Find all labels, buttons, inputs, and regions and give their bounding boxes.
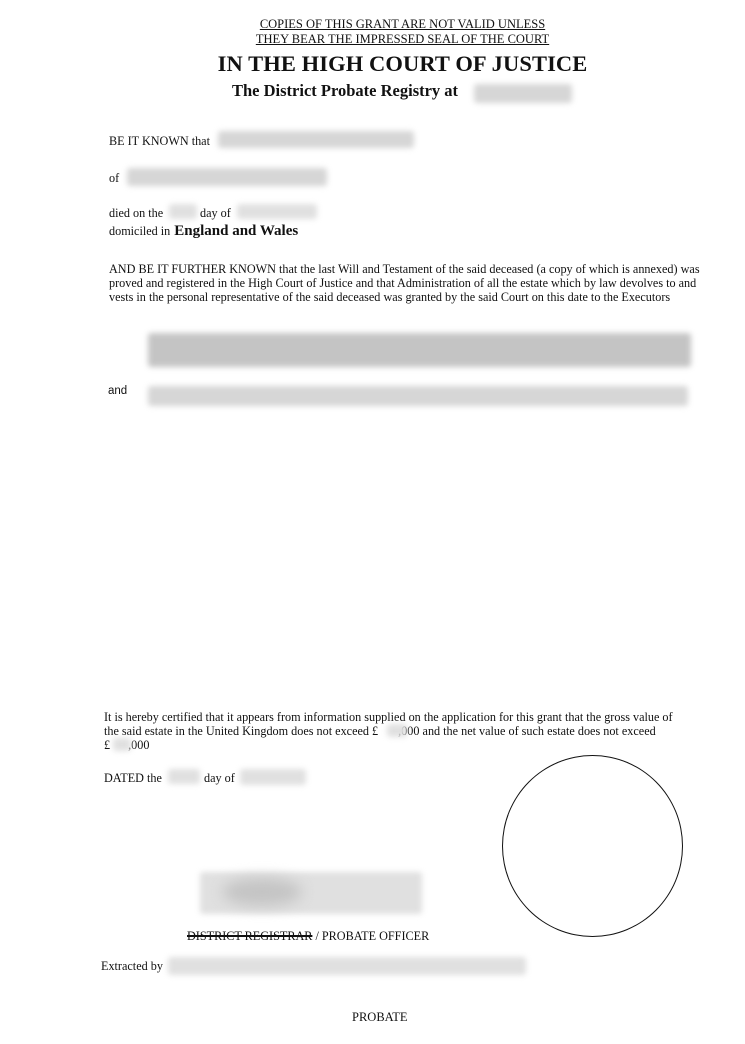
signature-mark-redacted: [222, 878, 302, 906]
document-type: PROBATE: [352, 1010, 408, 1025]
of-label: of: [109, 171, 119, 186]
court-title: IN THE HIGH COURT OF JUSTICE: [0, 51, 745, 77]
validity-notice-line-2: THEY BEAR THE IMPRESSED SEAL OF THE COUR…: [0, 32, 745, 47]
validity-notice-line-1: COPIES OF THIS GRANT ARE NOT VALID UNLES…: [0, 17, 745, 32]
domicile-value: England and Wales: [174, 223, 298, 239]
extracted-by-label: Extracted by: [101, 959, 163, 974]
day-of-label: day of: [200, 206, 231, 221]
dated-label: DATED the: [104, 771, 162, 786]
further-known-paragraph: AND BE IT FURTHER KNOWN that the last Wi…: [109, 262, 701, 305]
and-label: and: [108, 385, 127, 397]
struck-title-district-registrar: DISTRICT REGISTRAR: [187, 929, 312, 943]
net-currency: £: [104, 738, 110, 752]
dated-day-redacted: [168, 769, 200, 784]
registry-location-redacted: [474, 84, 572, 103]
title-separator: /: [312, 929, 321, 943]
gross-value-redacted: [387, 724, 407, 737]
registry-label: The District Probate Registry at: [232, 81, 458, 100]
deceased-name-redacted: [218, 131, 414, 148]
executor-1-redacted: [148, 333, 691, 367]
registry-heading: The District Probate Registry at: [232, 81, 458, 101]
domiciled-label: domiciled in: [109, 224, 170, 238]
title-probate-officer: PROBATE OFFICER: [322, 929, 429, 943]
signatory-title: DISTRICT REGISTRAR / PROBATE OFFICER: [187, 929, 429, 944]
court-seal-circle-icon: [502, 755, 683, 937]
deceased-address-redacted: [127, 168, 327, 186]
be-it-known-label: BE IT KNOWN that: [109, 134, 210, 149]
died-on-label: died on the: [109, 206, 163, 221]
dated-day-of-label: day of: [204, 771, 235, 786]
certification-line-2-end: ,000 and the net value of such estate do…: [398, 724, 656, 738]
executor-2-redacted: [148, 386, 688, 406]
domicile-line: domiciled in England and Wales: [109, 222, 298, 240]
certification-line-2: the said estate in the United Kingdom do…: [104, 724, 656, 739]
death-month-year-redacted: [237, 204, 317, 219]
net-value-suffix: ,000: [128, 738, 149, 752]
death-day-redacted: [169, 204, 197, 219]
certification-line-2-start: the said estate in the United Kingdom do…: [104, 724, 378, 738]
certification-line-1: It is hereby certified that it appears f…: [104, 710, 673, 725]
dated-month-year-redacted: [240, 769, 306, 785]
net-value-redacted: [113, 738, 131, 751]
extracted-by-redacted: [168, 957, 526, 975]
